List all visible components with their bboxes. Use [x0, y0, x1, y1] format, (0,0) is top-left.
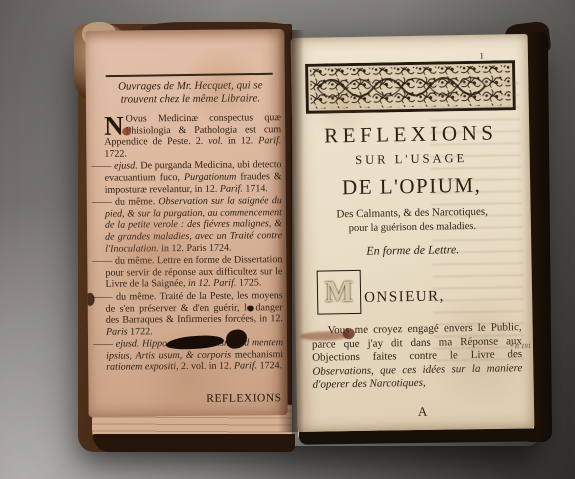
title-line-2: SUR L'USAGE — [293, 150, 530, 169]
text-run: 1722. — [104, 148, 127, 159]
book-photo: Ouvrages de Mr. Hecquet, qui se trouvent… — [0, 0, 575, 479]
text-run: rationem expositi, — [106, 362, 178, 374]
text-run: 2. vol. in 12. — [178, 361, 234, 372]
margin-note: * P. 191 — [510, 343, 531, 350]
text-run: Vous me croyez engagé envers le Public, … — [312, 321, 522, 364]
gutter-shadow — [278, 30, 304, 432]
left-page: Ouvrages de Mr. Hecquet, qui se trouvent… — [85, 29, 287, 417]
horizontal-rule — [106, 73, 273, 77]
book-list-entry: —— du même. Lettre en forme de Dissertat… — [105, 254, 282, 290]
text-run: in 12. — [223, 136, 258, 147]
book-list-entry: —— ejusd. De purganda Medicina, ubi dete… — [104, 160, 281, 196]
title-line-3: DE L'OPIUM, — [293, 172, 530, 200]
text-run: Parif. — [234, 361, 257, 372]
subtitle-line-2: pour la guérison des maladies. — [294, 219, 531, 236]
text-run: vol. — [208, 136, 223, 147]
text-run: Purgationum — [184, 172, 237, 183]
left-page-heading: Ouvrages de Mr. Hecquet, qui se trouvent… — [102, 79, 279, 107]
text-run: 1722. — [128, 326, 153, 337]
book-list-entry: —— ejusd. Hippocratis Aphorismi, ad ment… — [106, 337, 283, 373]
form-line: En forme de Lettre. — [294, 241, 531, 259]
text-run: Paris — [106, 326, 128, 337]
text-run: , — [371, 364, 380, 376]
title-line-1: REFLEXIONS — [292, 120, 529, 148]
text-run: 1725. — [236, 278, 261, 289]
heading-line: trouvent chez le même Libraire. — [102, 92, 279, 107]
book-list-entry: —— du même. Observation sur la saignée d… — [105, 195, 282, 255]
signature-mark: A — [297, 401, 534, 421]
right-page: 1 REFLEXIONS SUR L'USAGE DE L'OPIUM, Des… — [291, 34, 535, 432]
headpiece-ornament — [305, 60, 516, 114]
text-run: —— du même. Traité de la Peste, les moye… — [93, 290, 283, 326]
text-run: in 12. Parif. — [188, 278, 236, 289]
salutation-text: ONSIEUR, — [364, 288, 445, 306]
text-run: —— du même. — [92, 196, 159, 208]
page-number: 1 — [479, 51, 484, 61]
book-list-paragraph: NOvus Medicinæ conspectus quæ Phisiologi… — [104, 112, 281, 160]
opening-paragraph: Vous me croyez engagé envers le Public, … — [312, 321, 523, 392]
text-run: in 12. Paris 1724. — [159, 242, 232, 254]
text-run: Observations — [312, 364, 371, 377]
text-run: —— — [93, 339, 116, 350]
text-run: —— — [91, 161, 114, 172]
left-cover-bottom-edge — [93, 434, 295, 452]
text-run: ejusd. — [114, 161, 138, 172]
left-page-body: NOvus Medicinæ conspectus quæ Phisiologi… — [104, 112, 283, 374]
text-run: 1714. — [243, 183, 268, 194]
text-run: mechanismi — [231, 349, 283, 360]
dropcap-initial: N — [104, 114, 126, 137]
catchword: REFLEXIONS — [206, 392, 281, 405]
paragraph-runs: Ovus Medicinæ conspectus quæ Phisiologia… — [104, 112, 281, 159]
dropcap-initial-ornate: M — [317, 270, 362, 315]
book-list-entry: —— du même. Traité de la Peste, les moye… — [106, 290, 283, 338]
salutation-row: M ONSIEUR, — [317, 267, 533, 315]
text-run: Parif. — [220, 183, 243, 194]
